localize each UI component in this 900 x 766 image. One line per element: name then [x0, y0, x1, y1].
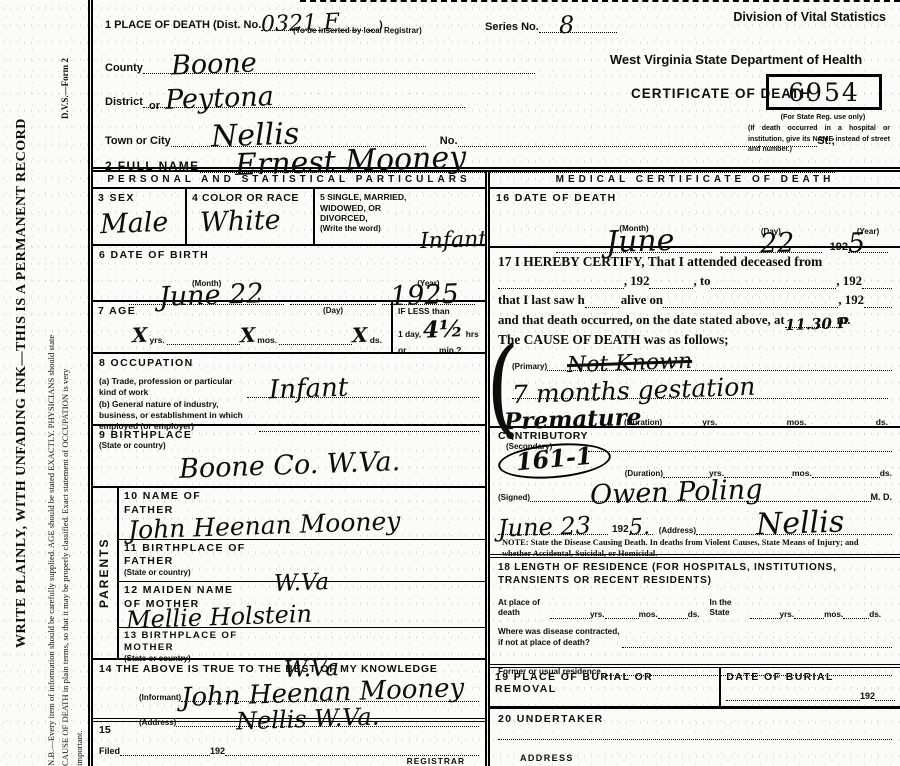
certify-192b: , 192 — [836, 274, 862, 289]
year-hint: (Year) — [382, 279, 475, 288]
filed-number: 15 — [99, 724, 479, 736]
birthplace-hint: (State or country) — [99, 441, 479, 450]
duration-ds-label: ds. — [876, 417, 888, 427]
certify-block: ( 17 I HEREBY CERTIFY, That I attended d… — [490, 248, 900, 428]
birthplace-value: Boone Co. W.Va. — [179, 448, 401, 483]
ds-label: ds. — [370, 335, 382, 345]
burial-192: 192 — [860, 691, 875, 701]
sex-label: 3 SEX — [98, 192, 180, 204]
insert-hint: (To be inserted by local Registrar) — [293, 26, 422, 35]
month-hint: (Month) — [129, 279, 284, 288]
md-label: M. D. — [871, 492, 893, 502]
residence-block: 18 LENGTH OF RESIDENCE (FOR HOSPITALS, I… — [490, 558, 900, 668]
contributory-label: CONTRIBUTORY — [498, 430, 588, 442]
dod-month-hint: (Month) — [556, 224, 712, 233]
hours-value: 4½ — [423, 317, 464, 341]
personal-particulars-column: PERSONAL AND STATISTICAL PARTICULARS 3 S… — [93, 172, 490, 766]
burial-date-label: DATE OF BURIAL — [726, 671, 895, 683]
dod-year-hint: (Year) — [848, 227, 888, 236]
division-title: Division of Vital Statistics — [733, 10, 886, 24]
res-mos1: mos. — [639, 610, 658, 619]
registrar-label: REGISTRAR — [407, 756, 465, 766]
birthplace-label: 9 BIRTHPLACE — [99, 429, 479, 441]
full-name-label: 2 FULL NAME — [105, 159, 200, 173]
duration-mos-label: mos. — [787, 417, 807, 427]
series-value: 8 — [558, 13, 574, 38]
age-label: 7 AGE — [98, 305, 386, 317]
margin-write-plainly: WRITE PLAINLY, WITH UNFADING INK—THIS IS… — [14, 0, 30, 766]
mos-label: mos. — [257, 335, 277, 345]
or-label: or — [149, 100, 160, 112]
informant-row: 14 THE ABOVE IS TRUE TO THE BEST OF MY K… — [93, 660, 485, 722]
sign-address-value: Nellis — [756, 507, 845, 540]
certificate-form: 1 PLACE OF DEATH (Dist. No. 0321 F ) (To… — [88, 0, 900, 766]
time-of-death-value: 11.30 P — [784, 316, 848, 333]
residence-label: 18 LENGTH OF RESIDENCE (FOR HOSPITALS, I… — [498, 561, 892, 588]
birthplace-row: 9 BIRTHPLACE (State or country) Boone Co… — [93, 426, 485, 488]
occupation-a-label: (a) Trade, profession or particular kind… — [99, 376, 247, 398]
form-header: 1 PLACE OF DEATH (Dist. No. 0321 F ) (To… — [93, 0, 900, 172]
age-yrs-value: X — [132, 325, 148, 346]
lastsaw-192: , 192 — [838, 293, 864, 308]
marital-label: 5 SINGLE, MARRIED, WIDOWED, OR DIVORCED, — [320, 192, 412, 224]
filed-label: Filed — [99, 746, 120, 756]
undertaker-address-label: ADDRESS — [520, 753, 574, 763]
age-mos-value: X — [239, 325, 255, 346]
margin-nb-line3: important. — [74, 660, 84, 766]
res-yrs2: yrs. — [780, 610, 795, 619]
contrib-ds-label: ds. — [880, 468, 892, 478]
sign-year-value: 5. — [628, 516, 650, 539]
occupation-label: 8 OCCUPATION — [99, 357, 479, 369]
death-occurred-label: and that death occurred, on the date sta… — [498, 313, 785, 328]
margin-form-number: D.V.S.—Form 2 — [60, 4, 70, 174]
ifless-line2: 1 day, — [398, 329, 421, 339]
race-label: 4 COLOR OR RACE — [192, 192, 308, 204]
undertaker-label: 20 UNDERTAKER — [498, 713, 892, 725]
dod-label: 16 DATE OF DEATH — [496, 192, 894, 204]
filed-row: 15 Filed 192 REGISTRAR — [93, 722, 485, 766]
last-saw-label: that I last saw h — [498, 293, 585, 308]
county-label: County — [105, 62, 143, 74]
left-column-title: PERSONAL AND STATISTICAL PARTICULARS — [93, 172, 485, 189]
certify-to: , to — [693, 274, 710, 289]
certify-line1: 17 I HEREBY CERTIFY, That I attended dec… — [498, 254, 892, 270]
occupation-a-value: Infant — [269, 375, 349, 404]
race-value: White — [200, 207, 282, 237]
certify-192a: , 192 — [624, 274, 650, 289]
ifless-line1: IF LESS than — [398, 306, 450, 316]
age-row: 7 AGE X yrs. X mos. X ds. IF LESS than 1 — [93, 302, 485, 354]
medical-certificate-column: MEDICAL CERTIFICATE OF DEATH 16 DATE OF … — [490, 172, 900, 766]
county-value: Boone — [170, 50, 257, 80]
margin-nb-line1: N.B.—Every item of information should be… — [46, 170, 56, 766]
filed-192: 192 — [210, 746, 225, 756]
res-yrs1: yrs. — [590, 610, 605, 619]
cause-label: The CAUSE OF DEATH was as follows; — [498, 332, 729, 348]
res-mos2: mos. — [824, 610, 843, 619]
date-of-death-row: 16 DATE OF DEATH June(Month) 22(Day) 192… — [490, 189, 900, 248]
place-of-death-label: 1 PLACE OF DEATH (Dist. No. — [105, 19, 261, 31]
undertaker-address-row: ADDRESS — [490, 742, 900, 766]
margin-nb-line2: CAUSE OF DEATH in plain terms, so that i… — [60, 240, 70, 766]
parents-block: PARENTS 10 NAME OF FATHER John Heenan Mo… — [93, 488, 485, 660]
at-place-label: At place of death — [498, 598, 550, 619]
true-statement-label: 14 THE ABOVE IS TRUE TO THE BEST OF MY K… — [99, 663, 479, 675]
signed-hint: (Signed) — [498, 493, 530, 502]
mother-birthplace-label: 13 BIRTHPLACE OF MOTHER — [124, 630, 254, 654]
death-certificate-scan: WRITE PLAINLY, WITH UNFADING INK—THIS IS… — [0, 0, 900, 766]
district-label: District — [105, 96, 143, 108]
sex-race-marital-row: 3 SEX Male 4 COLOR OR RACE White 5 SINGL… — [93, 189, 485, 246]
age-ds-value: X — [352, 325, 368, 346]
res-ds1: ds. — [688, 610, 700, 619]
undertaker-row: 20 UNDERTAKER — [490, 709, 900, 742]
district-value: Peytona — [164, 83, 274, 114]
sign-address-hint: (Address) — [659, 526, 696, 535]
dod-day-hint: (Day) — [720, 227, 822, 236]
hrs-label: hrs — [466, 329, 479, 339]
sign-192: 192 — [612, 524, 629, 535]
parents-label: PARENTS — [97, 488, 111, 658]
duration-yrs-label: yrs. — [702, 417, 717, 427]
occupation-row: 8 OCCUPATION (a) Trade, profession or pa… — [93, 354, 485, 426]
date-of-birth-row: 6 DATE OF BIRTH June 22(Month) (Day) 192… — [93, 246, 485, 302]
contributory-block: CONTRIBUTORY (Secondary) 161-1 (Duration… — [490, 428, 900, 558]
registration-number: 6954 — [766, 74, 882, 110]
in-state-label: In the State — [710, 598, 750, 619]
yrs-label: yrs. — [150, 335, 165, 345]
series-label: Series No. — [485, 21, 539, 33]
burial-label: 19 PLACE OF BURIAL OR REMOVAL — [495, 671, 714, 695]
marital-value: Infant — [419, 229, 487, 253]
sex-value: Male — [100, 209, 169, 238]
where-contracted-label: Where was disease contracted, if not at … — [498, 627, 622, 648]
father-birthplace-label: 11 BIRTHPLACE OF FATHER — [124, 542, 254, 568]
informant-hint: (Informant) — [139, 693, 181, 702]
right-column-title: MEDICAL CERTIFICATE OF DEATH — [490, 172, 900, 189]
alive-on-label: alive on — [621, 293, 663, 308]
sign-date-value: June 23 — [498, 513, 592, 540]
burial-row: 19 PLACE OF BURIAL OR REMOVAL DATE OF BU… — [490, 668, 900, 709]
res-ds2: ds. — [869, 610, 881, 619]
department-title: West Virginia State Department of Health — [561, 52, 900, 67]
father-name-value: John Heenan Mooney — [128, 509, 401, 543]
